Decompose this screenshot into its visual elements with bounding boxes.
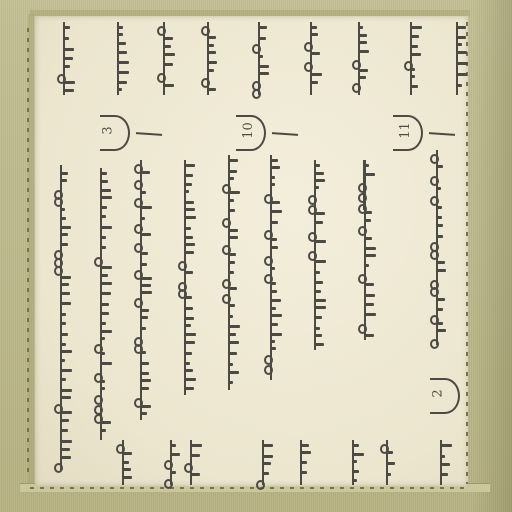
script-glyph: [63, 57, 73, 60]
script-glyph: [184, 317, 194, 320]
script-glyph: [256, 480, 265, 490]
script-glyph: [228, 315, 233, 318]
script-glyph: [410, 75, 415, 78]
left-stitching: [27, 28, 29, 478]
script-glyph: [63, 48, 74, 51]
script-glyph: [207, 44, 214, 47]
margin-rule-line: [60, 165, 62, 470]
script-glyph: [314, 172, 324, 175]
script-glyph: [364, 334, 374, 337]
script-glyph: [386, 473, 391, 476]
script-glyph: [184, 307, 193, 310]
script-glyph: [430, 250, 439, 260]
script-glyph: [100, 206, 107, 209]
script-glyph: [117, 81, 127, 84]
script-glyph: [228, 341, 239, 344]
margin-rule-line: [363, 160, 365, 210]
script-glyph: [207, 51, 216, 54]
bottom-stitching: [30, 487, 470, 489]
script-glyph: [386, 451, 393, 454]
script-glyph: [94, 395, 103, 405]
script-glyph: [436, 216, 442, 219]
script-glyph: [364, 303, 374, 306]
script-glyph: [264, 256, 273, 266]
script-glyph: [140, 277, 152, 280]
script-glyph: [100, 352, 105, 355]
script-glyph: [258, 65, 269, 68]
script-line-bottom: [170, 440, 172, 485]
script-glyph: [364, 173, 375, 176]
script-glyph: [228, 199, 234, 202]
script-glyph: [436, 206, 442, 209]
script-glyph: [270, 323, 278, 326]
script-glyph: [100, 282, 112, 285]
script-glyph: [314, 186, 319, 189]
script-glyph: [258, 55, 263, 58]
script-glyph: [184, 324, 191, 327]
script-glyph: [201, 78, 210, 88]
script-glyph: [184, 362, 190, 365]
script-glyph: [140, 372, 149, 375]
script-glyph: [440, 455, 445, 458]
script-glyph: [184, 387, 194, 390]
script-glyph: [190, 473, 200, 476]
script-glyph: [100, 337, 105, 340]
script-glyph: [304, 42, 313, 52]
script-glyph: [184, 174, 193, 177]
script-glyph: [436, 261, 445, 264]
script-glyph: [122, 468, 131, 471]
script-glyph: [314, 221, 323, 224]
script-glyph: [310, 52, 320, 55]
script-glyph: [140, 412, 147, 415]
script-glyph: [270, 166, 280, 169]
script-glyph: [352, 453, 364, 456]
script-glyph: [358, 26, 363, 29]
script-line-top: [117, 22, 119, 95]
script-glyph: [140, 206, 152, 209]
script-glyph: [252, 44, 261, 54]
script-glyph: [207, 69, 214, 72]
script-glyph: [310, 73, 322, 76]
script-glyph: [100, 429, 106, 432]
script-line-top: [358, 22, 360, 95]
script-glyph: [410, 68, 415, 71]
script-line-bottom: [122, 440, 124, 485]
script-glyph: [63, 37, 69, 40]
script-glyph: [352, 470, 359, 473]
script-glyph: [456, 26, 466, 29]
script-glyph: [358, 324, 367, 334]
script-glyph: [300, 471, 307, 474]
script-line-bottom: [386, 440, 388, 485]
script-glyph: [436, 269, 446, 272]
script-glyph: [117, 51, 127, 54]
script-glyph: [352, 444, 359, 447]
script-glyph: [100, 236, 106, 239]
script-glyph: [258, 37, 266, 40]
script-glyph: [430, 154, 439, 164]
script-glyph: [134, 298, 143, 308]
script-glyph: [300, 451, 311, 454]
script-glyph: [117, 61, 129, 64]
script-glyph: [184, 251, 194, 254]
script-glyph: [63, 26, 70, 29]
script-line-bottom: [352, 440, 354, 485]
script-glyph: [100, 266, 112, 269]
script-glyph: [310, 26, 317, 29]
script-glyph: [184, 296, 192, 299]
script-glyph: [270, 314, 282, 317]
script-glyph: [117, 26, 123, 29]
script-glyph: [63, 65, 70, 68]
script-glyph: [440, 473, 448, 476]
script-glyph: [436, 187, 441, 190]
script-glyph: [314, 260, 326, 263]
script-glyph: [310, 81, 318, 84]
script-glyph: [270, 159, 278, 162]
script-line-middle: [228, 155, 230, 390]
script-glyph: [314, 212, 325, 215]
script-glyph: [364, 283, 374, 286]
script-line-middle: [140, 160, 142, 420]
script-glyph: [100, 380, 105, 383]
script-glyph: [164, 460, 173, 470]
script-glyph: [304, 62, 313, 72]
script-glyph: [100, 180, 108, 183]
script-glyph: [100, 274, 108, 277]
script-line-top: [63, 22, 65, 95]
section-number-marker: 10: [236, 115, 266, 151]
script-glyph: [184, 341, 195, 344]
script-glyph: [456, 51, 467, 54]
script-glyph: [140, 263, 147, 266]
script-line-top: [456, 22, 458, 95]
script-glyph: [163, 63, 173, 66]
script-glyph: [228, 236, 238, 239]
script-glyph: [410, 26, 422, 29]
script-glyph: [140, 379, 151, 382]
script-glyph: [163, 45, 171, 48]
script-glyph: [430, 176, 439, 186]
script-line-bottom: [190, 440, 192, 485]
script-glyph: [440, 444, 452, 447]
script-line-top: [410, 22, 412, 95]
script-glyph: [364, 313, 376, 316]
script-glyph: [63, 89, 74, 92]
script-glyph: [314, 334, 322, 337]
script-glyph: [140, 351, 146, 354]
script-glyph: [228, 177, 234, 180]
script-glyph: [228, 304, 235, 307]
script-glyph: [184, 201, 194, 204]
script-glyph: [157, 73, 166, 83]
script-glyph: [117, 71, 129, 74]
script-glyph: [300, 461, 307, 464]
script-glyph: [358, 41, 367, 44]
script-glyph: [184, 463, 193, 473]
script-glyph: [100, 387, 105, 390]
script-glyph: [100, 246, 106, 249]
script-glyph: [270, 238, 277, 241]
script-glyph: [436, 165, 443, 168]
script-glyph: [270, 307, 276, 310]
script-glyph: [352, 83, 361, 93]
script-glyph: [184, 352, 192, 355]
script-glyph: [170, 471, 176, 474]
script-glyph: [184, 227, 191, 230]
script-glyph: [358, 34, 367, 37]
script-glyph: [264, 355, 273, 365]
script-glyph: [140, 191, 146, 194]
script-glyph: [262, 444, 273, 447]
script-glyph: [122, 476, 132, 479]
script-glyph: [364, 254, 376, 257]
script-glyph: [228, 325, 240, 328]
script-glyph: [314, 299, 326, 302]
script-glyph: [314, 290, 321, 293]
script-glyph: [258, 26, 267, 29]
section-number-marker: 11: [393, 115, 423, 151]
script-glyph: [100, 421, 111, 424]
script-glyph: [436, 322, 443, 325]
script-glyph: [228, 371, 239, 374]
script-glyph: [228, 229, 238, 232]
script-glyph: [190, 454, 200, 457]
script-glyph: [436, 298, 445, 301]
script-glyph: [358, 69, 368, 72]
script-glyph: [140, 291, 152, 294]
script-glyph: [228, 209, 235, 212]
script-glyph: [430, 287, 439, 297]
script-glyph: [314, 281, 323, 284]
script-glyph: [314, 316, 322, 319]
script-glyph: [163, 84, 174, 87]
script-glyph: [140, 309, 149, 312]
script-glyph: [270, 210, 282, 213]
script-glyph: [190, 444, 202, 447]
script-line-middle: [100, 168, 102, 440]
script-line-bottom: [262, 440, 264, 485]
script-glyph: [228, 253, 236, 256]
script-glyph: [364, 211, 372, 214]
script-glyph: [270, 267, 275, 270]
script-glyph: [410, 45, 418, 48]
script-line-top: [207, 22, 209, 95]
script-glyph: [222, 218, 231, 228]
script-glyph: [184, 208, 195, 211]
script-glyph: [300, 444, 309, 447]
script-glyph: [100, 303, 109, 306]
script-glyph: [358, 76, 366, 79]
script-glyph: [314, 271, 320, 274]
script-glyph: [140, 252, 148, 255]
script-glyph: [140, 316, 148, 319]
script-glyph: [270, 282, 276, 285]
script-glyph: [262, 472, 269, 475]
script-glyph: [184, 369, 193, 372]
script-line-middle: [436, 150, 438, 345]
script-glyph: [201, 26, 210, 36]
script-glyph: [100, 362, 112, 365]
script-line-bottom: [300, 440, 302, 485]
script-glyph: [228, 333, 236, 336]
script-line-top: [163, 22, 165, 95]
script-glyph: [436, 235, 443, 238]
script-glyph: [184, 243, 195, 246]
section-number: 10: [242, 122, 255, 139]
script-glyph: [184, 216, 196, 219]
script-glyph: [270, 340, 275, 343]
script-glyph: [100, 189, 111, 192]
script-glyph: [207, 88, 216, 91]
script-glyph: [270, 221, 278, 224]
script-glyph: [163, 53, 175, 56]
script-glyph: [117, 33, 123, 36]
script-glyph: [184, 271, 193, 274]
script-glyph: [270, 183, 275, 186]
script-glyph: [314, 306, 326, 309]
script-glyph: [140, 327, 146, 330]
script-glyph: [364, 264, 369, 267]
script-glyph: [228, 159, 238, 162]
script-glyph: [184, 183, 192, 186]
script-glyph: [184, 378, 196, 381]
script-glyph: [228, 261, 235, 264]
script-glyph: [410, 53, 421, 56]
script-glyph: [117, 42, 126, 45]
script-glyph: [270, 290, 277, 293]
binding-shadow: [472, 0, 512, 512]
script-glyph: [184, 333, 196, 336]
script-glyph: [164, 479, 173, 489]
script-glyph: [134, 180, 143, 190]
script-glyph: [228, 363, 233, 366]
script-glyph: [228, 352, 237, 355]
script-glyph: [262, 462, 271, 465]
section-number-marker: 2: [430, 378, 460, 414]
script-glyph: [436, 329, 446, 332]
script-glyph: [170, 444, 176, 447]
script-glyph: [314, 164, 320, 167]
script-glyph: [228, 191, 240, 194]
script-line-middle: [184, 160, 186, 395]
script-glyph: [314, 327, 320, 330]
script-glyph: [163, 37, 173, 40]
script-glyph: [456, 84, 462, 87]
script-glyph: [314, 240, 326, 243]
script-glyph: [436, 224, 443, 227]
script-glyph: [228, 170, 237, 173]
script-glyph: [364, 237, 372, 240]
script-glyph: [252, 89, 261, 99]
script-glyph: [364, 294, 375, 297]
script-glyph: [310, 33, 318, 36]
script-glyph: [100, 215, 106, 218]
script-glyph: [140, 362, 149, 365]
script-glyph: [456, 36, 466, 39]
script-line-top: [310, 22, 312, 95]
script-glyph: [100, 172, 107, 175]
script-glyph: [364, 247, 376, 250]
script-glyph: [456, 43, 462, 46]
script-line-middle: [270, 155, 272, 380]
script-glyph: [430, 196, 439, 206]
script-glyph: [410, 85, 418, 88]
script-glyph: [207, 61, 217, 64]
script-glyph: [228, 287, 237, 290]
script-glyph: [63, 81, 75, 84]
script-glyph: [364, 219, 371, 222]
script-glyph: [157, 26, 166, 36]
script-glyph: [140, 171, 150, 174]
script-glyph: [270, 299, 281, 302]
script-glyph: [100, 196, 112, 199]
script-glyph: [140, 217, 145, 220]
script-glyph: [140, 233, 151, 236]
script-glyph: [270, 333, 282, 336]
script-glyph: [358, 50, 369, 53]
script-glyph: [456, 73, 467, 76]
script-glyph: [358, 226, 367, 236]
script-glyph: [178, 261, 187, 271]
script-glyph: [386, 462, 395, 465]
script-glyph: [117, 88, 122, 91]
script-glyph: [140, 387, 149, 390]
script-glyph: [122, 452, 132, 455]
script-glyph: [456, 62, 468, 65]
script-glyph: [352, 479, 357, 482]
script-line-middle: [314, 160, 316, 350]
script-glyph: [207, 36, 216, 39]
script-glyph: [228, 381, 233, 384]
section-number: 11: [399, 122, 412, 139]
script-glyph: [270, 201, 280, 204]
script-glyph: [170, 453, 180, 456]
section-number-marker: 3: [100, 115, 130, 151]
script-glyph: [258, 72, 269, 75]
script-glyph: [264, 365, 273, 375]
script-glyph: [100, 330, 112, 333]
script-glyph: [100, 312, 109, 315]
script-glyph: [122, 461, 129, 464]
script-glyph: [100, 226, 112, 229]
script-glyph: [410, 35, 419, 38]
script-glyph: [262, 455, 273, 458]
script-glyph: [184, 190, 189, 193]
script-glyph: [314, 179, 325, 182]
section-number: 3: [102, 126, 115, 134]
script-glyph: [270, 347, 276, 350]
script-glyph: [308, 195, 317, 205]
section-number: 2: [432, 389, 445, 397]
script-line-top: [258, 22, 260, 95]
script-line-bottom: [440, 440, 442, 485]
script-glyph: [100, 292, 111, 295]
script-glyph: [184, 236, 193, 239]
script-glyph: [352, 460, 357, 463]
script-glyph: [436, 308, 443, 311]
script-glyph: [222, 294, 231, 304]
script-glyph: [140, 284, 151, 287]
script-glyph: [184, 164, 195, 167]
script-glyph: [314, 343, 324, 346]
script-glyph: [228, 271, 234, 274]
script-glyph: [270, 176, 275, 179]
script-glyph: [100, 322, 106, 325]
script-glyph: [270, 246, 278, 249]
script-glyph: [430, 339, 439, 349]
